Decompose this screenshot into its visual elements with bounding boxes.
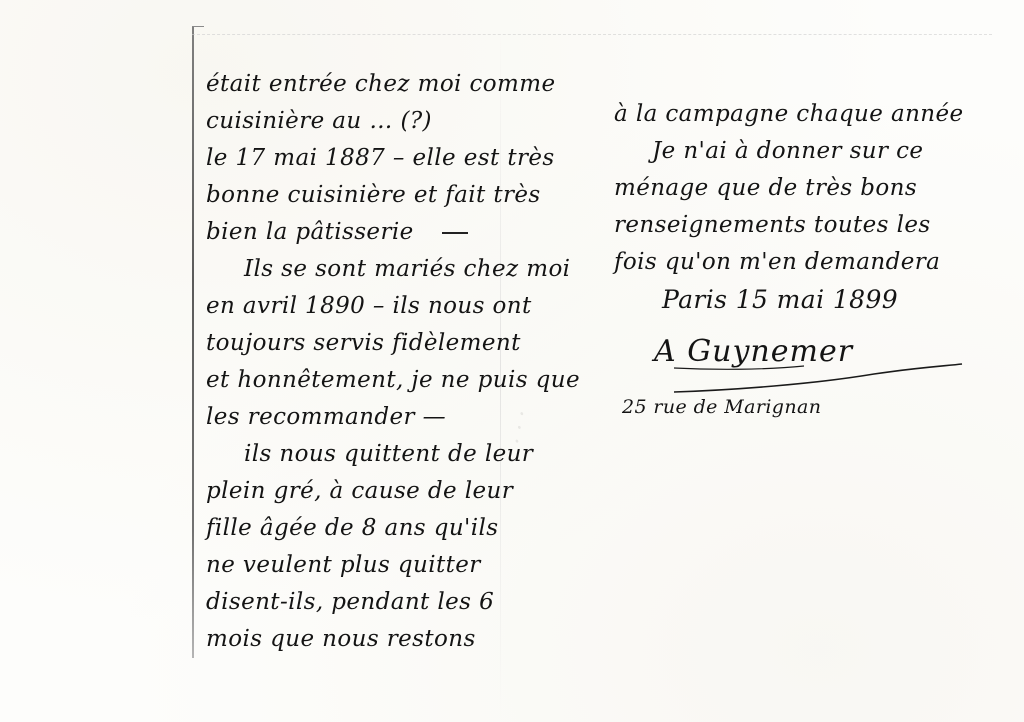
letter-line: ils nous quittent de leur [206,436,586,473]
letter-line: fille âgée de 8 ans qu'ils [206,510,586,547]
letter-line: Je n'ai à donner sur ce [614,133,984,170]
sheet-left-edge [192,26,194,658]
signature-text: A Guynemer [654,334,853,369]
letter-line: ne veulent plus quitter [206,547,586,584]
letter-line: disent-ils, pendant les 6 [206,584,586,621]
letter-line: à la campagne chaque année [614,96,984,133]
letter-line: et honnêtement, je ne puis que [206,362,586,399]
letter-line: fois qu'on m'en demandera [614,244,984,281]
letter-line: était entrée chez moi comme [206,66,586,103]
sender-address: 25 rue de Marignan [614,392,984,422]
letter-line: toujours servis fidèlement [206,325,586,362]
dash-mark [442,232,468,234]
letter-line-text: bien la pâtisserie [206,219,414,245]
letter-line: le 17 mai 1887 – elle est très [206,140,586,177]
letter-line: Ils se sont mariés chez moi [206,251,586,288]
letter-line: en avril 1890 – ils nous ont [206,288,586,325]
letter-line: mois que nous restons [206,621,586,658]
letter-line: cuisinière au … (?) [206,103,586,140]
letter-left-column: était entrée chez moi comme cuisinière a… [206,66,586,658]
signature: A Guynemer [614,332,984,380]
letter-line: bonne cuisinière et fait très [206,177,586,214]
letter-right-column: à la campagne chaque année Je n'ai à don… [614,96,984,422]
letter-date: Paris 15 mai 1899 [614,281,984,318]
letter-line: renseignements toutes les [614,207,984,244]
sheet-top-corner [192,26,204,27]
letter-line: bien la pâtisserie [206,214,586,251]
sheet-top-edge [192,34,992,35]
letter-line: plein gré, à cause de leur [206,473,586,510]
scanned-page: · · · était entrée chez moi comme cuisin… [0,0,1024,722]
letter-line: ménage que de très bons [614,170,984,207]
letter-line: les recommander — [206,399,586,436]
